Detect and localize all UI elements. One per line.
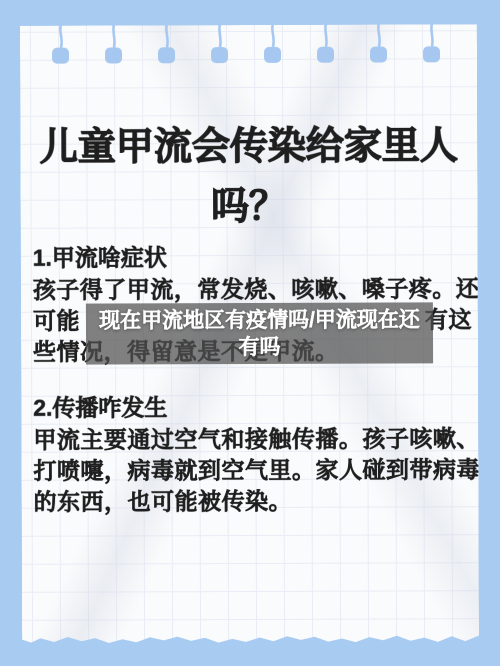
- section-2-text-line: 的东西，也可能被传染。: [34, 486, 475, 516]
- caption-overlay-banner: 现在甲流地区有疫情吗/甲流现在还 有吗: [86, 302, 433, 364]
- section-1-text-line: 孩子得了甲流，常发烧、咳嗽、嗓子疼。还: [33, 274, 474, 304]
- binder-clip-icon: [105, 25, 122, 65]
- binder-clip-icon: [370, 25, 387, 65]
- binder-clip-icon: [211, 25, 228, 65]
- caption-overlay-text-line: 有吗: [238, 333, 280, 360]
- binder-clip-icon: [264, 25, 281, 65]
- section-2-text-line: 甲流主要通过空气和接触传播。孩子咳嗽、: [33, 424, 474, 454]
- infographic-canvas: 儿童甲流会传染给家里人 吗？ 1.甲流啥症状 孩子得了甲流，常发烧、咳嗽、嗓子疼…: [0, 0, 500, 666]
- binder-clip-icon: [317, 25, 334, 65]
- visible-fragment-left: 可能: [33, 308, 80, 334]
- caption-overlay-text-line: 现在甲流地区有疫情吗/甲流现在还: [99, 306, 420, 334]
- section-2-heading: 2.传播咋发生: [33, 392, 472, 422]
- section-2-text-line: 打喷嚏，病毒就到空气里。家人碰到带病毒: [33, 455, 474, 485]
- page-title-line: 儿童甲流会传染给家里人: [28, 116, 469, 178]
- binder-clip-icon: [52, 26, 69, 66]
- binder-clip-icon: [423, 24, 440, 64]
- section-1-heading: 1.甲流啥症状: [33, 242, 472, 272]
- page-title: 儿童甲流会传染给家里人 吗？: [28, 116, 469, 238]
- page-title-line: 吗？: [28, 176, 469, 238]
- binder-clip-icon: [158, 25, 175, 65]
- notebook-paper: 儿童甲流会传染给家里人 吗？ 1.甲流啥症状 孩子得了甲流，常发烧、咳嗽、嗓子疼…: [20, 24, 479, 646]
